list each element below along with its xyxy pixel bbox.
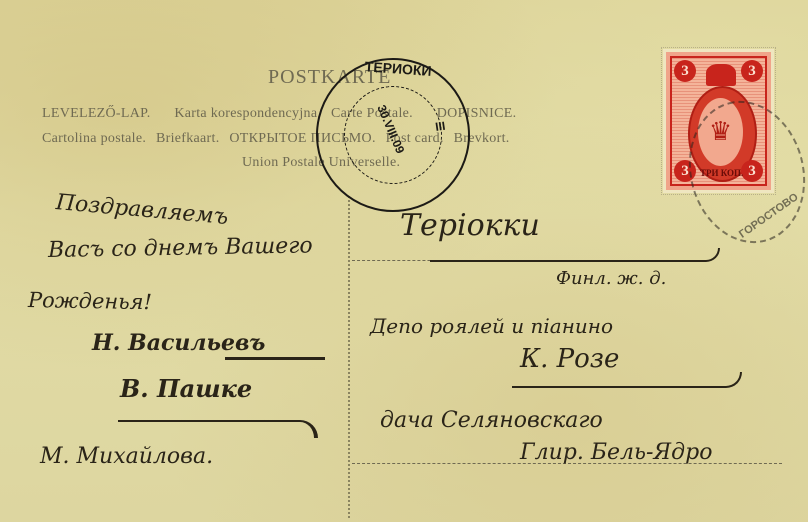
message-line: Поздравляемъ [55,190,229,230]
postmark-secondary-text: ГОРОСТОВО [737,191,801,241]
address-underline [430,248,720,262]
stamp-value-corner: 3 [741,60,763,82]
printed-hungarian: LEVELEZŐ-LAP. [42,106,151,121]
signature: В. Пашке [120,374,252,403]
message-line: Васъ со днемъ Вашего [48,233,313,263]
signature: М. Михайлова. [40,444,213,469]
signature-flourish [118,420,318,438]
address-line-text: Глир. Бель-Ядро [520,440,712,465]
signature: Н. Васильевъ [92,330,265,356]
vertical-divider [348,196,350,518]
postcard: POSTKARTE LEVELEZŐ-LAP. Karta koresponde… [0,0,808,522]
printed-dutch: Briefkaart. [156,131,220,146]
address-line-text: Финл. ж. д. [556,268,666,289]
printed-italian: Cartolina postale. [42,131,146,146]
postmark-town: ТЕРИОКИ [364,58,432,79]
address-line-text: дача Селяновскаго [380,408,603,433]
stamp-value-corner: 3 [674,60,696,82]
message-line: Рожденья! [28,288,152,314]
address-town: Теріокки [400,208,540,243]
postmark-series: III [434,119,446,134]
address-underline [512,372,742,388]
signature-flourish [225,357,325,360]
address-recipient: К. Розе [520,344,619,374]
address-line-text: Депо роялей и піанино [370,314,613,338]
printed-polish: Karta korespondencyjna. [174,106,321,121]
crown-icon [706,64,736,86]
